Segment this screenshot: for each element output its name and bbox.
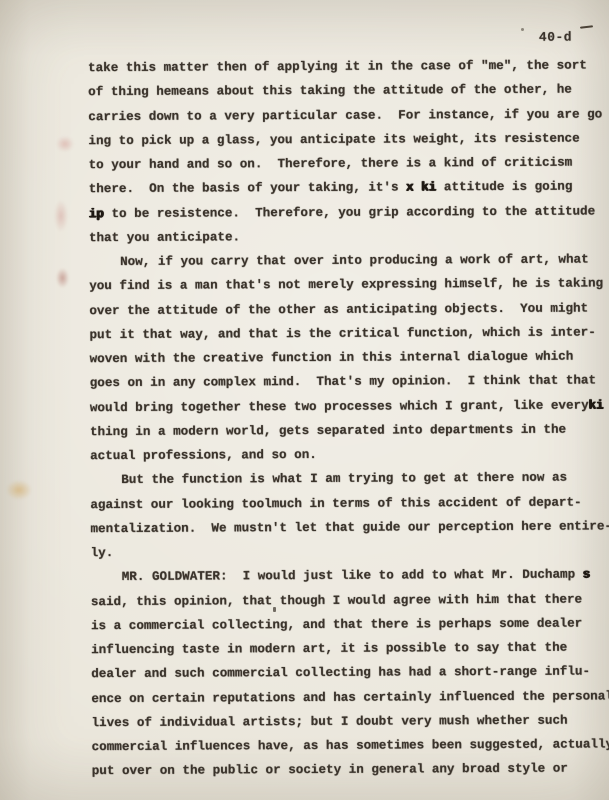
- typed-line: Now, if you carry that over into produci…: [89, 247, 609, 274]
- typed-text: actual professions, and so on.: [90, 448, 317, 463]
- typed-text: there. On the basis of your taking, it's: [89, 181, 406, 197]
- overstruck-text: ki: [589, 398, 604, 412]
- typed-text: to your hand and so on. Therefore, there…: [89, 156, 573, 173]
- typed-text: woven with the creative function in this…: [90, 350, 574, 367]
- typed-text: goes on in any complex mind. That's my o…: [90, 374, 596, 391]
- typed-line: over the attitude of the other as antici…: [89, 296, 609, 323]
- typed-line: take this matter then of applying it in …: [88, 53, 609, 80]
- typed-text: thing in a modern world, gets separated …: [90, 422, 566, 438]
- typed-text: ing to pick up a glass, you anticipate i…: [88, 131, 579, 148]
- typed-text: said, this opinion, that though I would …: [91, 592, 582, 609]
- typed-line: MR. GOLDWATER: I would just like to add …: [91, 563, 609, 590]
- typed-line: put it that way, and that is the critica…: [89, 320, 609, 347]
- typed-line: is a commercial collecting, and that the…: [91, 611, 609, 638]
- typed-line: to your hand and so on. Therefore, there…: [88, 150, 609, 177]
- typed-text: But the function is what I am trying to …: [121, 471, 567, 487]
- typed-text: Now, if you carry that over into produci…: [120, 252, 589, 268]
- typed-text: take this matter then of applying it in …: [88, 58, 587, 75]
- overstruck-text: s: [583, 568, 591, 582]
- typed-line: influencing taste in modern art, it is p…: [91, 635, 609, 662]
- scanned-document-page: 40-d take this matter then of applying i…: [0, 0, 609, 800]
- typed-line: of thing hemeans about this taking the a…: [88, 78, 609, 105]
- typed-line: ence on certain reputations and has cert…: [91, 684, 609, 711]
- typed-line: But the function is what I am trying to …: [90, 466, 609, 493]
- typed-text: influencing taste in modern art, it is p…: [91, 641, 567, 657]
- page-number: 40-d: [539, 30, 572, 45]
- typed-line: that you anticipate.: [89, 223, 609, 250]
- typed-text: to be resistence. Therefore, you grip ac…: [104, 204, 595, 221]
- typed-line: put over on the public or society in gen…: [92, 757, 609, 784]
- typed-text: you find is a man that's not merely expr…: [89, 277, 603, 294]
- typed-line: lives of individual artists; but I doubt…: [91, 708, 609, 735]
- ink-speck: [521, 28, 524, 31]
- typed-text: dealer and such commercial collecting ha…: [91, 665, 590, 682]
- typed-text: over the attitude of the other as antici…: [89, 301, 588, 318]
- typed-line: said, this opinion, that though I would …: [91, 587, 609, 614]
- typed-line: against our looking toolmuch in terms of…: [90, 490, 609, 517]
- overstruck-text: x ki: [406, 181, 436, 195]
- typed-text: mentalization. We mustn't let that guide…: [90, 519, 609, 536]
- typed-text: is a commercial collecting, and that the…: [91, 616, 582, 633]
- typed-text: carries down to a very particular case. …: [88, 107, 602, 124]
- typed-text: attitude is going: [436, 180, 572, 195]
- typed-text: ence on certain reputations and has cert…: [91, 689, 609, 706]
- typed-line: ing to pick up a glass, you anticipate i…: [88, 126, 609, 153]
- typed-text: commercial influences have, as has somet…: [92, 737, 609, 754]
- typed-line: commercial influences have, as has somet…: [92, 732, 609, 759]
- typed-text: against our looking toolmuch in terms of…: [90, 495, 581, 512]
- typed-text-block: take this matter then of applying it in …: [88, 53, 609, 783]
- overstruck-text: ip: [89, 207, 104, 221]
- typed-text: lives of individual artists; but I doubt…: [91, 713, 567, 729]
- typed-line: carries down to a very particular case. …: [88, 102, 609, 129]
- typed-text: of thing hemeans about this taking the a…: [88, 83, 572, 100]
- typed-text: put over on the public or society in gen…: [92, 762, 568, 778]
- typed-line: you find is a man that's not merely expr…: [89, 272, 609, 299]
- ink-speck: [273, 607, 276, 612]
- typed-text: would bring together these two processes…: [90, 398, 589, 415]
- typed-text: that you anticipate.: [89, 230, 240, 245]
- typed-text: MR. GOLDWATER: I would just like to add …: [122, 568, 583, 584]
- typed-line: actual professions, and so on.: [90, 441, 609, 468]
- typed-line: ly.: [91, 538, 609, 565]
- typed-line: dealer and such commercial collecting ha…: [91, 660, 609, 687]
- typed-text: ly.: [91, 546, 114, 560]
- typed-line: would bring together these two processes…: [90, 393, 609, 420]
- typed-line: thing in a modern world, gets separated …: [90, 417, 609, 444]
- typed-text: put it that way, and that is the critica…: [89, 325, 595, 342]
- typed-line: goes on in any complex mind. That's my o…: [90, 369, 609, 396]
- typed-line: mentalization. We mustn't let that guide…: [90, 514, 609, 541]
- scan-tilt-wrapper: 40-d take this matter then of applying i…: [0, 0, 609, 800]
- typed-line: woven with the creative function in this…: [90, 344, 609, 371]
- typed-line: ip to be resistence. Therefore, you grip…: [89, 199, 609, 226]
- typed-line: there. On the basis of your taking, it's…: [89, 175, 609, 202]
